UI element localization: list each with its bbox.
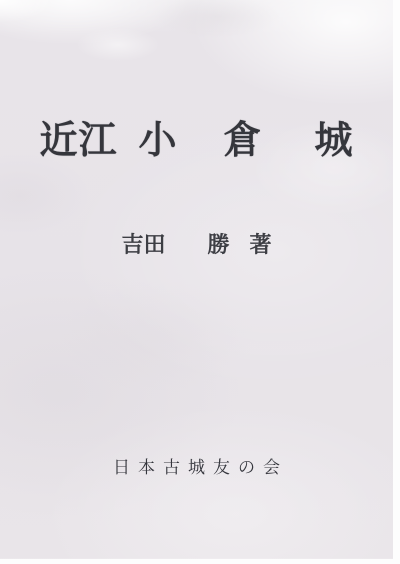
publisher-line: 日本古城友の会 [0, 457, 393, 479]
cover-text-layer: 近江 小 倉 城 吉田 勝 著 日本古城友の会 [0, 0, 400, 564]
title-part-jo: 城 [315, 120, 354, 164]
title-part-ko: 小 [138, 120, 177, 164]
author-surname: 吉田 [121, 232, 165, 258]
author-line: 吉田 勝 著 [0, 232, 393, 258]
title-part-omi: 近江 [39, 120, 117, 164]
author-suffix-cho: 著 [250, 232, 272, 258]
title-part-kura: 倉 [224, 120, 263, 164]
scan-edge-top-left [0, 0, 60, 26]
scanned-page: 近江 小 倉 城 吉田 勝 著 日本古城友の会 [0, 0, 400, 564]
author-given-name: 勝 [207, 232, 229, 258]
scan-edge-right [393, 0, 400, 564]
book-title: 近江 小 倉 城 [0, 120, 393, 164]
scan-edge-bottom [0, 558, 400, 564]
